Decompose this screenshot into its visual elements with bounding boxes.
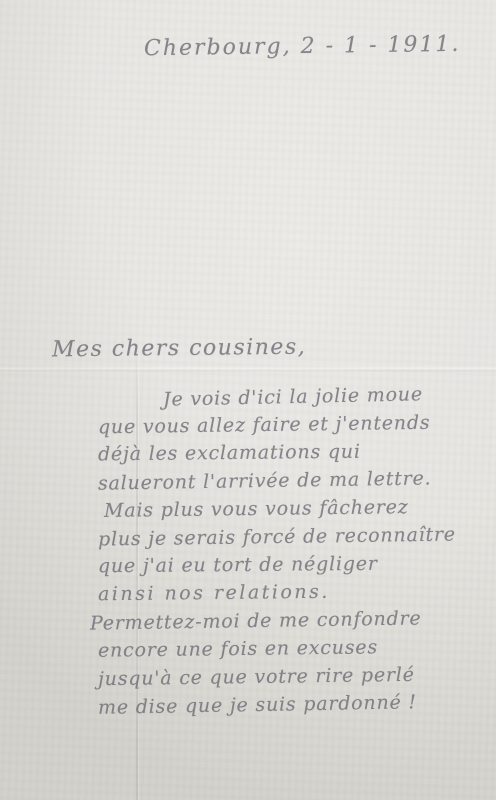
letter-body-line: ainsi nos relations. [98,578,330,608]
letter-body-line: que vous allez faire et j'entends [98,409,431,442]
letter-body-line: encore une fois en excuses [98,633,378,664]
letter-dateline: Cherbourg, 2 - 1 - 1911. [144,32,461,61]
horizontal-fold-crease [0,366,496,372]
letter-body-line: plus je serais forcé de reconnaître [98,521,456,554]
letter-body-line: que j'ai eu tort de négliger [98,550,378,580]
letter-scan-page: Cherbourg, 2 - 1 - 1911. Mes chers cousi… [0,0,496,800]
letter-body-line: me dise que je suis pardonné ! [98,688,417,722]
letter-body-line: Mais plus vous vous fâcherez [104,493,409,525]
letter-salutation: Mes chers cousines, [52,335,306,363]
letter-body-line: déjà les exclamations qui [98,438,361,469]
